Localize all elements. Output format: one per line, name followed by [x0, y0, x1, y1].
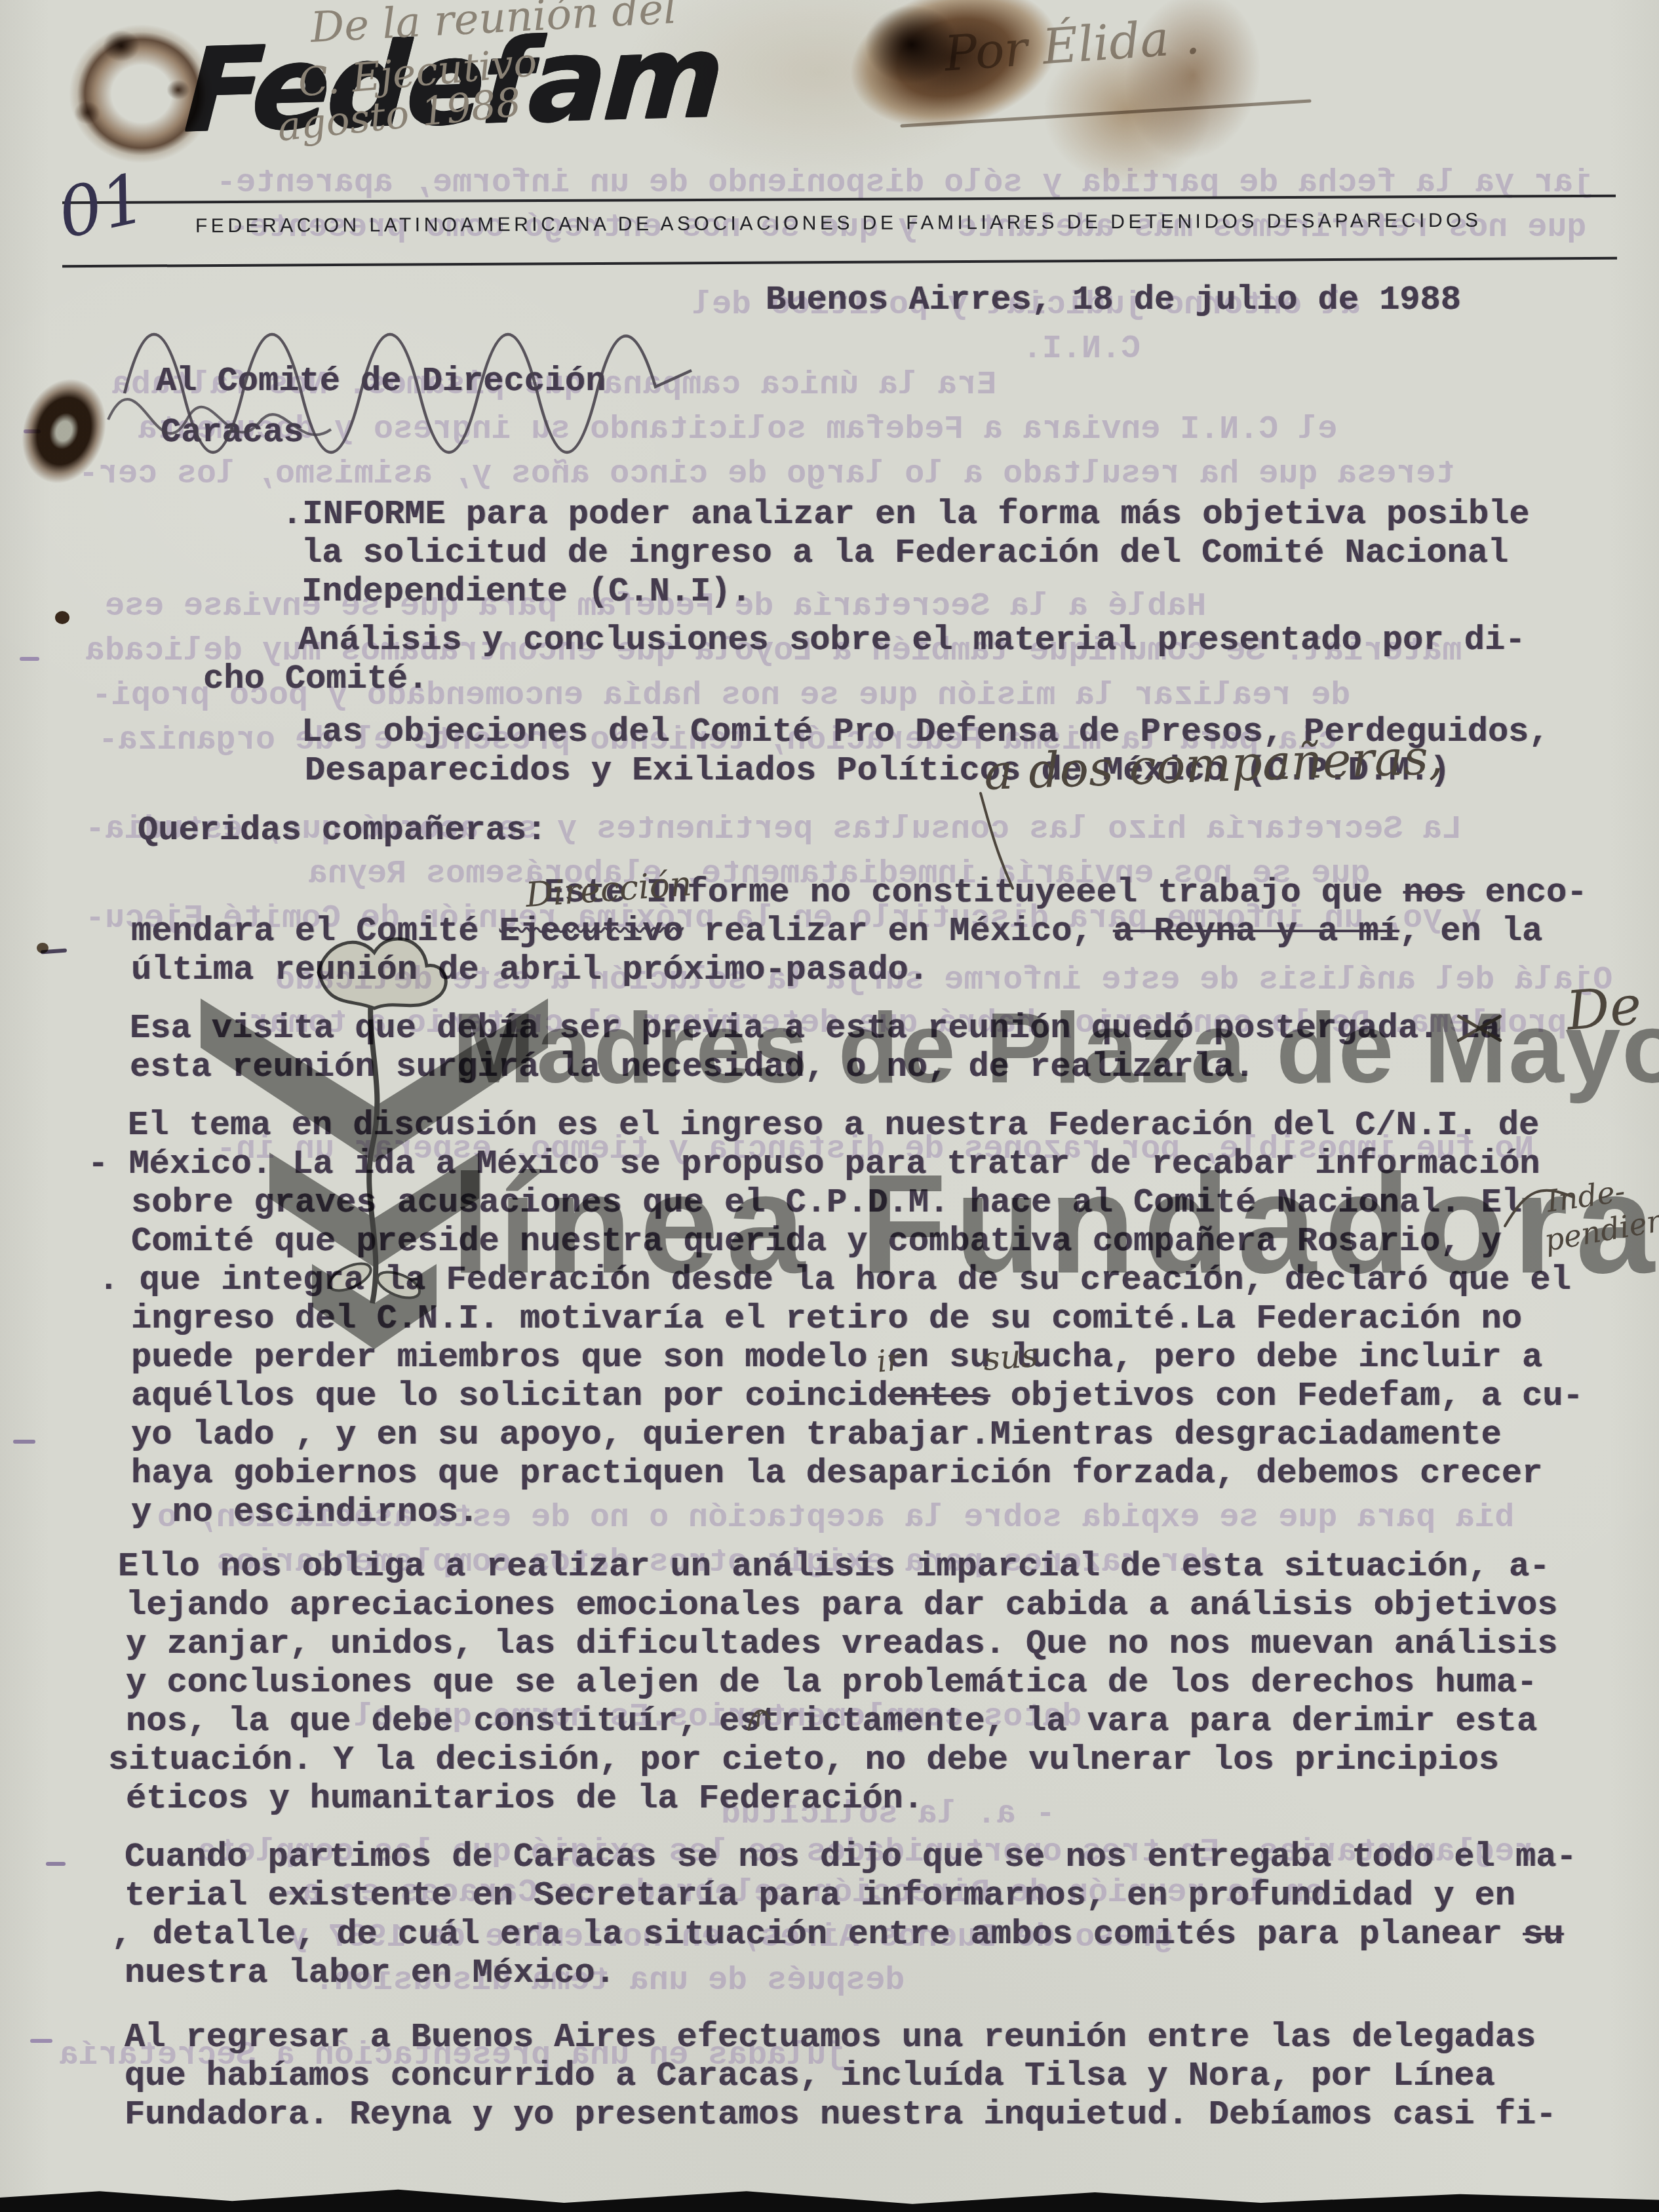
typed-line: Al regresar a Buenos Aires efectuamos un…: [125, 2018, 1536, 2057]
margin-dash: [24, 429, 41, 433]
typed-line: Este Informe no constituyeeel trabajo qu…: [544, 873, 1587, 912]
typed-line: nos, la que debe constituír, estrictamen…: [126, 1702, 1537, 1741]
text-run: , en la: [1399, 912, 1542, 951]
handwritten-por-elida: Por Élida .: [943, 9, 1201, 83]
addressee-line-2: Caracas: [161, 413, 303, 452]
margin-dash: [30, 2039, 52, 2043]
typed-line: que habíamos concurrido a Caracas, inclu…: [125, 2057, 1495, 2095]
stain-speck: [71, 98, 104, 127]
handwritten-ir: ir: [875, 1341, 903, 1379]
date-line: Buenos Airres, 18 de julio de 1988: [766, 281, 1461, 319]
margin-dash: [13, 1440, 35, 1444]
typed-line: y no escindirnos.: [131, 1493, 479, 1531]
salutation: Queridas compañeras:: [138, 811, 547, 850]
subject-line: .INFORME para poder analizar en la forma…: [282, 495, 1530, 534]
subject-line: la solicitud de ingreso a la Federación …: [302, 534, 1508, 572]
struck-text: a Reyna y a mí: [1113, 912, 1399, 951]
handwritten-de: De: [1564, 974, 1644, 1043]
handwritten-sus: sus: [982, 1336, 1039, 1378]
bleed-line: C.N.I.: [1023, 331, 1141, 368]
subject-line: Independiente (C.N.I).: [302, 572, 752, 611]
typed-line: Cuando partimos de Caracas se nos dijo q…: [125, 1838, 1577, 1876]
typed-line: nuestra labor en México.: [125, 1954, 615, 1992]
subject-line: cho Comité.: [203, 660, 428, 698]
stain-speck: [55, 611, 69, 624]
subject-line: Análisis y conclusiones sobre el materia…: [298, 621, 1525, 660]
madres-headscarf-logo: [194, 936, 561, 1395]
struck-text: nos: [1403, 873, 1465, 912]
typed-line: y zanjar, unidos, las dificultades vread…: [126, 1625, 1557, 1663]
watermark-text-line2: línea Fundadora: [451, 1142, 1659, 1305]
stain-speck: [98, 26, 144, 66]
typed-line: lejando apreciaciones emocionales para d…: [126, 1586, 1557, 1625]
typed-line: yo lado , y en su apoyo, quieren trabaja…: [131, 1415, 1502, 1454]
typed-line: Fundadora. Reyna y yo presentamos nuestr…: [125, 2095, 1556, 2134]
typed-line: éticos y humanitarios de la Federación.: [126, 1779, 924, 1818]
typed-line: y conclusiones que se alejen de la probl…: [126, 1663, 1537, 1702]
typed-line: Ello nos obliga a realizar un análisis i…: [118, 1547, 1550, 1586]
bleed-line: el C.N.I enviara a Fedefam solicitando s…: [138, 412, 1337, 448]
margin-dash: [46, 1862, 66, 1866]
text-run: enco-: [1464, 873, 1587, 912]
handwritten-page-mark: 01: [51, 157, 153, 254]
addressee-line-1: Al Comité de Dirección: [156, 362, 606, 401]
scanned-letter-page: jar ya la fecha de partida y sólo dispon…: [0, 0, 1659, 2212]
watermark-text-line1: Madres de Plaza de Mayo: [452, 991, 1659, 1106]
margin-dash: [41, 949, 67, 955]
text-run: objetivos con Fedefam, a cu-: [990, 1377, 1584, 1415]
typed-line: situación. Y la decisión, por cieto, no …: [108, 1741, 1499, 1779]
letterhead-rule-bottom: [62, 257, 1617, 267]
typed-line: terial existente en Secretaría para info…: [125, 1876, 1515, 1915]
typed-line: haya gobiernos que practiquen la desapar…: [131, 1454, 1542, 1493]
struck-text: su: [1523, 1915, 1563, 1954]
text-run: realizar en México,: [684, 912, 1113, 951]
por-elida-underline: [902, 101, 1310, 126]
typed-line: , detalle, de cuál era la situación entr…: [111, 1915, 1564, 1954]
text-run: , detalle, de cuál era la situación entr…: [111, 1915, 1523, 1954]
scan-edge-bottom: [0, 2183, 1659, 2212]
struck-text: entes: [888, 1377, 990, 1415]
margin-dash: [20, 657, 39, 661]
bleed-line: teresa que ha resultado a lo largo de ci…: [79, 456, 1455, 493]
